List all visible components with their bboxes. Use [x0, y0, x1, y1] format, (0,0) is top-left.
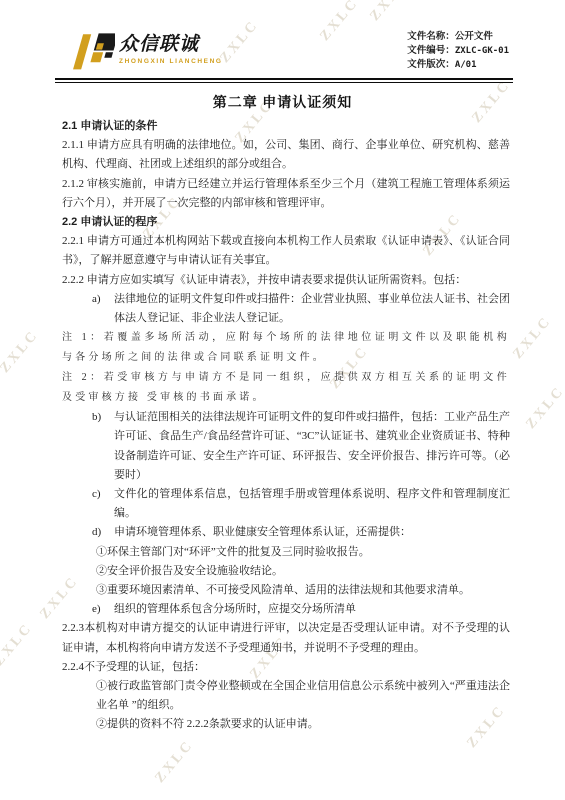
- sub-item: ③重要环境因素清单、不可接受风险清单、适用的法律法规和其他要求清单。: [62, 581, 510, 600]
- section-heading: 2.1 申请认证的条件: [62, 117, 510, 136]
- document-header: 众信联诚 ZHONGXIN LIANCHENG 文件名称：公开文件 文件编号：Z…: [55, 28, 513, 78]
- file-number-value: ZXLC-GK-01: [455, 46, 509, 56]
- watermark-text: ZXLC: [0, 620, 36, 669]
- watermark-text: ZXLC: [511, 313, 556, 362]
- list-item: e) 组织的管理体系包含分场所时，应提交分场所清单: [62, 600, 510, 619]
- file-version-label: 文件版次：: [407, 59, 455, 70]
- file-name-value: 公开文件: [455, 31, 493, 42]
- list-marker: b): [92, 408, 114, 427]
- file-number-row: 文件编号：ZXLC-GK-01: [407, 44, 509, 59]
- sub-item: ②提供的资料不符 2.2.2条款要求的认证申请。: [62, 715, 510, 734]
- watermark-text: ZXLC: [0, 327, 42, 376]
- watermark-text: ZXLC: [368, 0, 413, 25]
- logo-name-en: ZHONGXIN LIANCHENG: [119, 57, 223, 66]
- file-name-label: 文件名称：: [407, 31, 455, 42]
- list-marker: e): [92, 600, 114, 619]
- file-version-row: 文件版次：A/01: [407, 58, 509, 73]
- file-name-row: 文件名称：公开文件: [407, 30, 509, 44]
- list-text: 法律地位的证明文件复印件或扫描件：企业营业执照、事业单位法人证书、社会团体法人登…: [114, 290, 510, 328]
- list-text: 与认证范围相关的法律法规许可证明文件的复印件或扫描件，包括：工业产品生产许可证、…: [114, 408, 510, 485]
- list-marker: d): [92, 523, 114, 542]
- sub-item: ①被行政监管部门责令停业整顿或在全国企业信用信息公示系统中被列入“严重违法企业名…: [62, 677, 510, 715]
- list-item: d) 申请环境管理体系、职业健康安全管理体系认证，还需提供：: [62, 523, 510, 542]
- paragraph: 2.2.4不予受理的认证，包括：: [62, 658, 510, 677]
- note-paragraph: 注 2：若受审核方与申请方不是同一组织，应提供双方相互关系的证明文件及受审核方接…: [62, 368, 510, 408]
- sub-item: ①环保主管部门对“环评”文件的批复及三同时验收报告。: [62, 543, 510, 562]
- document-body: 2.1 申请认证的条件 2.1.1 申请方应具有明确的法律地位。如，公司、集团、…: [62, 117, 510, 735]
- company-logo: 众信联诚 ZHONGXIN LIANCHENG: [61, 28, 223, 73]
- paragraph: 2.2.1 申请方可通过本机构网站下载或直接向本机构工作人员索取《认证申请表》、…: [62, 232, 510, 270]
- header-divider: [55, 78, 513, 83]
- sub-item: ②安全评价报告及安全设施验收结论。: [62, 562, 510, 581]
- page-title: 第二章 申请认证须知: [0, 92, 565, 112]
- list-text: 申请环境管理体系、职业健康安全管理体系认证，还需提供：: [114, 523, 510, 542]
- watermark-text: ZXLC: [153, 737, 198, 786]
- list-item: b) 与认证范围相关的法律法规许可证明文件的复印件或扫描件，包括：工业产品生产许…: [62, 408, 510, 485]
- paragraph: 2.1.1 申请方应具有明确的法律地位。如，公司、集团、商行、企事业单位、研究机…: [62, 136, 510, 174]
- list-marker: c): [92, 485, 114, 504]
- list-text: 组织的管理体系包含分场所时，应提交分场所清单: [114, 600, 510, 619]
- file-number-label: 文件编号：: [407, 45, 455, 56]
- logo-mark-icon: [61, 28, 115, 73]
- document-page: ZXLC ZXLC ZXLC ZXLC ZXLC ZXLC ZXLC ZXLC …: [0, 0, 565, 800]
- list-marker: a): [92, 290, 114, 309]
- list-item: a) 法律地位的证明文件复印件或扫描件：企业营业执照、事业单位法人证书、社会团体…: [62, 290, 510, 328]
- logo-text: 众信联诚 ZHONGXIN LIANCHENG: [119, 34, 223, 66]
- paragraph: 2.2.3本机构对申请方提交的认证申请进行评审，以决定是否受理认证申请。对不予受…: [62, 619, 510, 657]
- note-paragraph: 注 1：若覆盖多场所活动，应附每个场所的法律地位证明文件以及职能机构与各分场所之…: [62, 328, 510, 368]
- paragraph: 2.1.2 审核实施前，申请方已经建立并运行管理体系至少三个月（建筑工程施工管理…: [62, 175, 510, 213]
- logo-name-cn: 众信联诚: [119, 34, 223, 56]
- list-text: 文件化的管理体系信息，包括管理手册或管理体系说明、程序文件和管理制度汇编。: [114, 485, 510, 523]
- file-version-value: A/01: [455, 60, 477, 70]
- list-item: c) 文件化的管理体系信息，包括管理手册或管理体系说明、程序文件和管理制度汇编。: [62, 485, 510, 523]
- paragraph: 2.2.2 申请方应如实填写《认证申请表》，并按申请表要求提供认证所需资料。包括…: [62, 271, 510, 290]
- section-heading: 2.2 申请认证的程序: [62, 213, 510, 232]
- file-info-block: 文件名称：公开文件 文件编号：ZXLC-GK-01 文件版次：A/01: [407, 30, 509, 73]
- watermark-text: ZXLC: [524, 383, 565, 432]
